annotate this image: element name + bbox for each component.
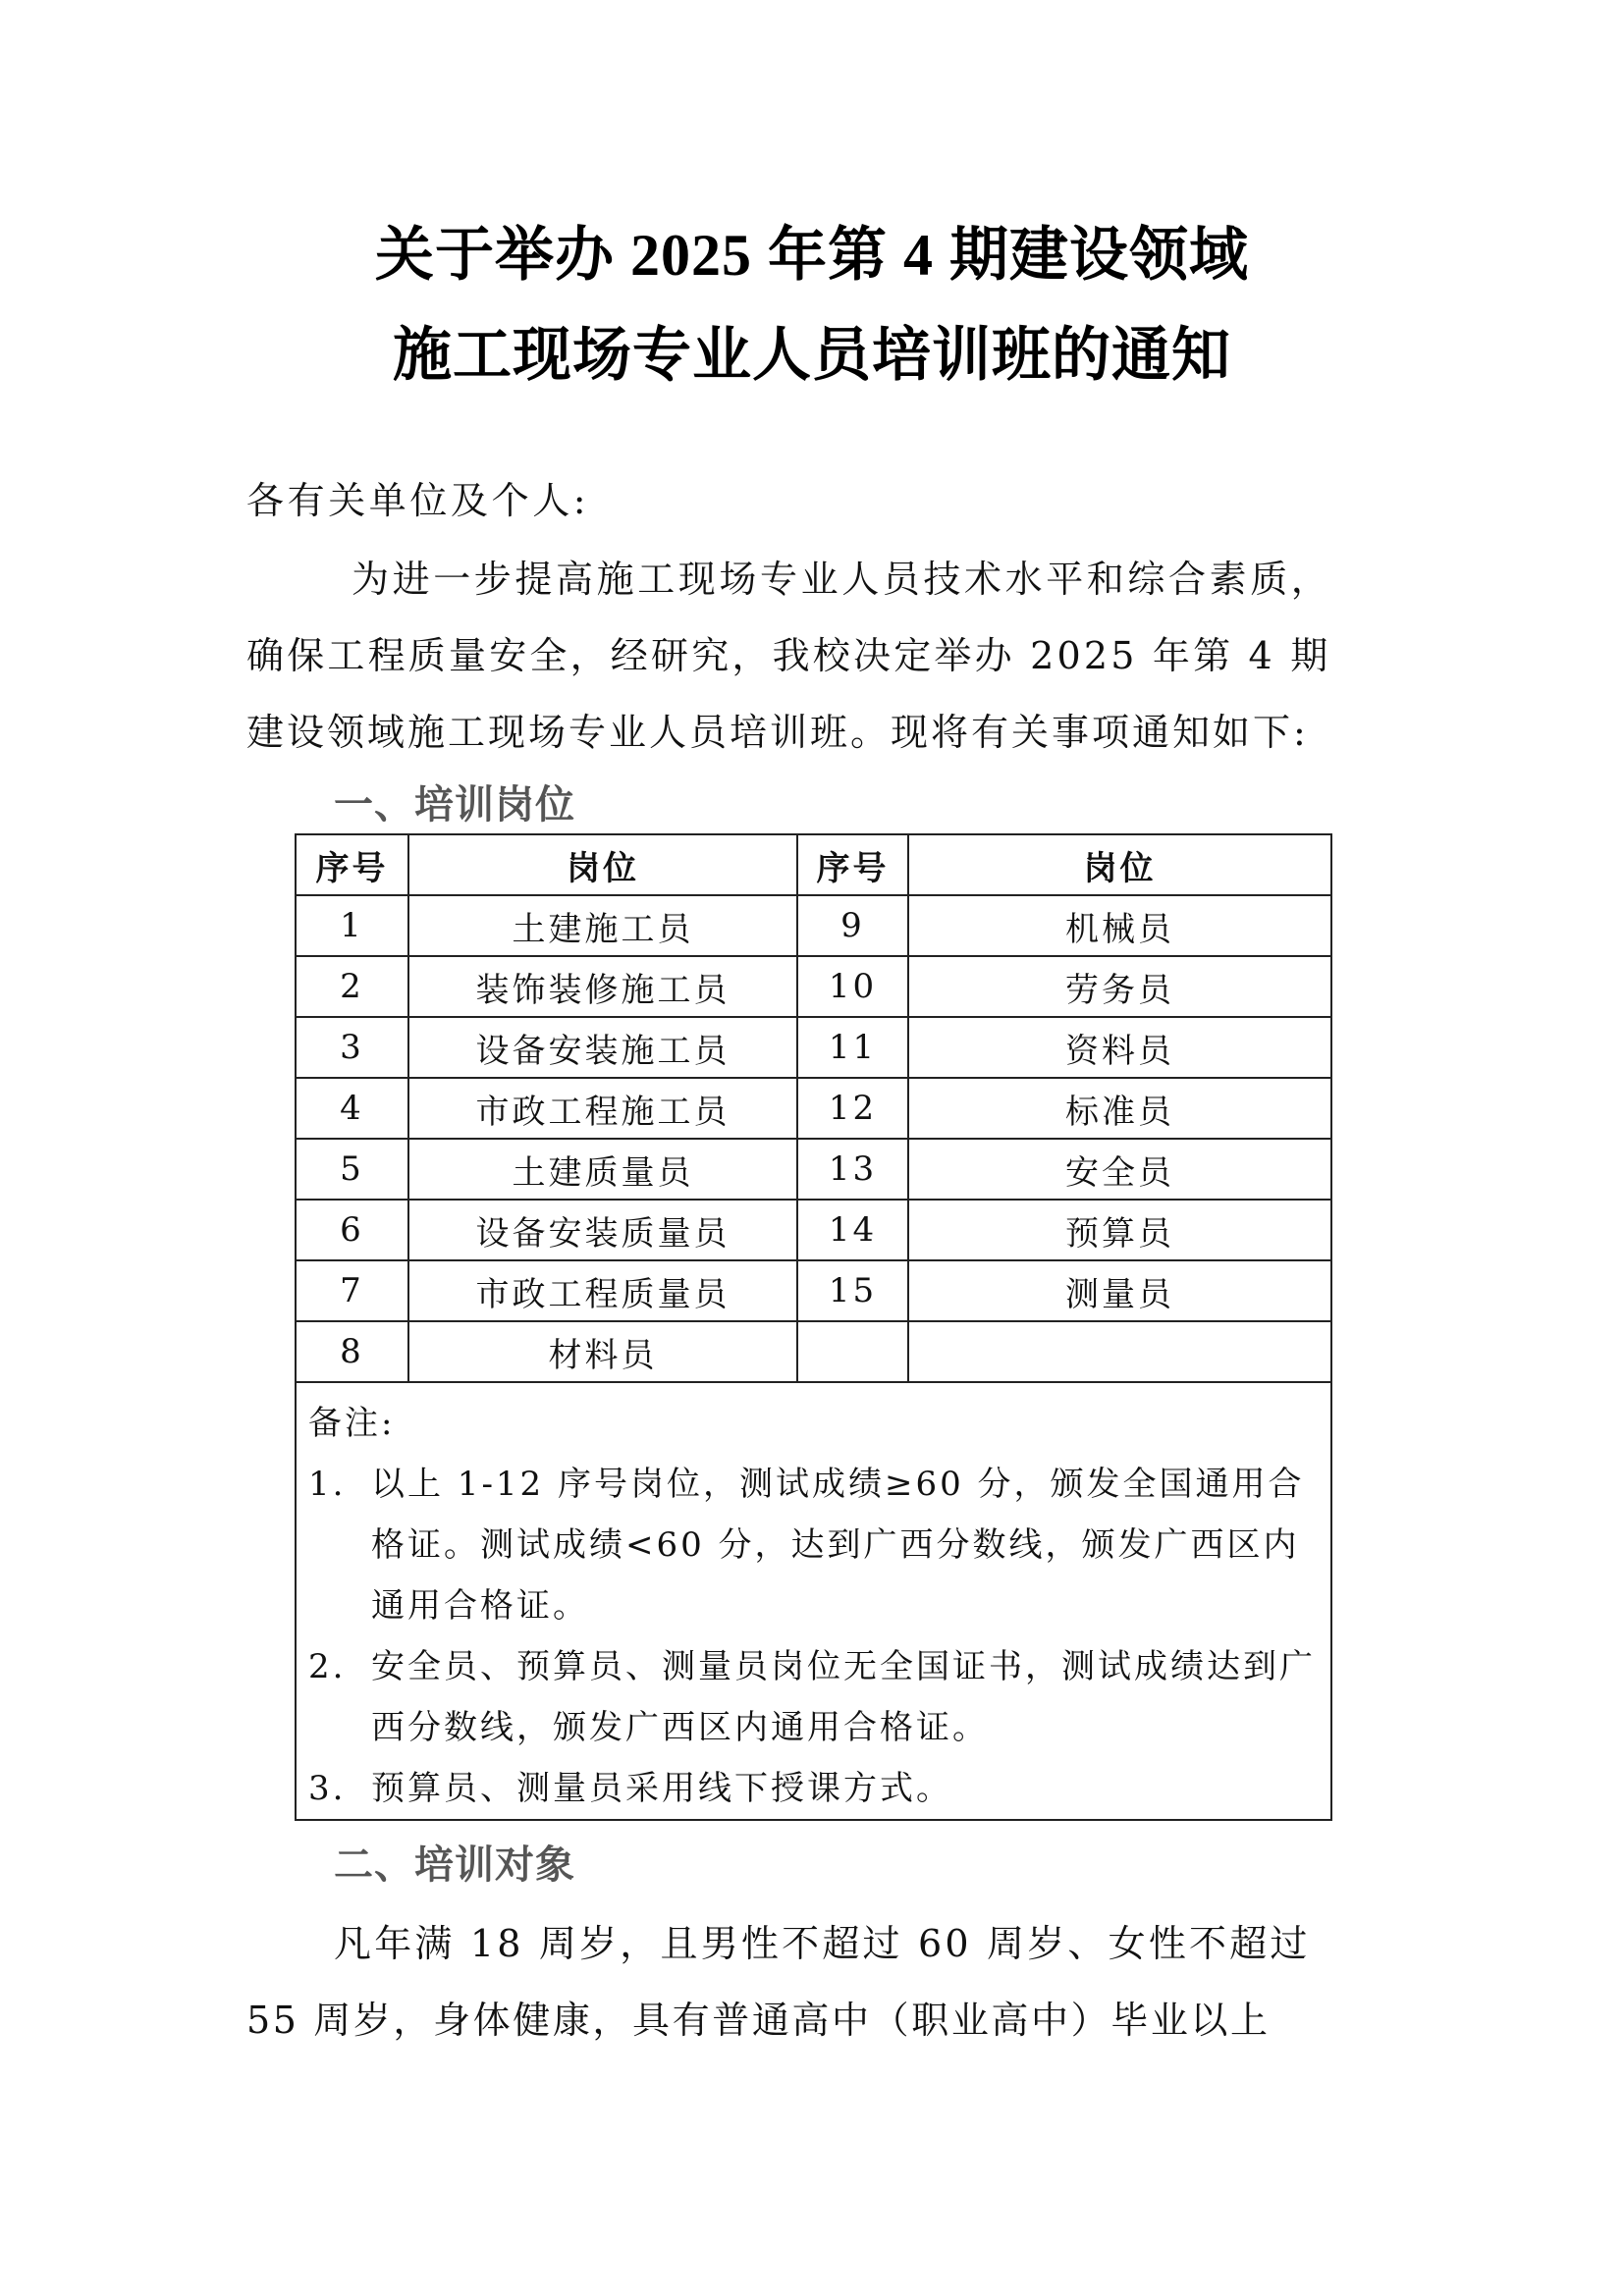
note-item-1: 1. 以上 1-12 序号岗位，测试成绩≥60 分，颁发全国通用合格证。测试成绩… — [308, 1454, 1330, 1636]
header-position-2: 岗位 — [908, 834, 1331, 895]
cell-position: 劳务员 — [908, 956, 1331, 1017]
cell-seq: 5 — [296, 1139, 408, 1200]
note-item-2: 2. 安全员、预算员、测量员岗位无全国证书，测试成绩达到广西分数线，颁发广西区内… — [308, 1636, 1330, 1758]
intro-line-2: 确保工程质量安全，经研究，我校决定举办 2025 年第 4 期 — [246, 632, 1330, 679]
cell-seq: 13 — [797, 1139, 908, 1200]
cell-seq: 11 — [797, 1017, 908, 1078]
cell-position: 安全员 — [908, 1139, 1331, 1200]
cell-position: 测量员 — [908, 1260, 1331, 1321]
note-number: 2. — [308, 1636, 346, 1697]
cell-seq: 8 — [296, 1321, 408, 1382]
cell-seq: 14 — [797, 1200, 908, 1260]
cell-position — [908, 1321, 1331, 1382]
note-text: 安全员、预算员、测量员岗位无全国证书，测试成绩达到广西分数线，颁发广西区内通用合… — [371, 1647, 1316, 1747]
targets-line-2: 55 周岁，身体健康，具有普通高中（职业高中）毕业以上 — [246, 1997, 1271, 2044]
header-position-1: 岗位 — [408, 834, 797, 895]
salutation: 各有关单位及个人: — [246, 477, 589, 524]
table-row: 2 装饰装修施工员 10 劳务员 — [296, 956, 1331, 1017]
table-row: 7 市政工程质量员 15 测量员 — [296, 1260, 1331, 1321]
cell-position: 预算员 — [908, 1200, 1331, 1260]
cell-position: 材料员 — [408, 1321, 797, 1382]
intro-line-1: 为进一步提高施工现场专业人员技术水平和综合素质， — [352, 556, 1331, 603]
targets-line-1: 凡年满 18 周岁，且男性不超过 60 周岁、女性不超过 — [334, 1920, 1311, 1967]
cell-seq — [797, 1321, 908, 1382]
table-notes-row: 备注: 1. 以上 1-12 序号岗位，测试成绩≥60 分，颁发全国通用合格证。… — [296, 1382, 1331, 1820]
note-item-3: 3. 预算员、测量员采用线下授课方式。 — [308, 1758, 1330, 1819]
header-seq-2: 序号 — [797, 834, 908, 895]
cell-seq: 1 — [296, 895, 408, 956]
section-heading-training-targets: 二、培训对象 — [334, 1842, 575, 1889]
cell-position: 标准员 — [908, 1078, 1331, 1139]
cell-position: 装饰装修施工员 — [408, 956, 797, 1017]
note-text: 以上 1-12 序号岗位，测试成绩≥60 分，颁发全国通用合格证。测试成绩<60… — [371, 1465, 1305, 1626]
table-notes-cell: 备注: 1. 以上 1-12 序号岗位，测试成绩≥60 分，颁发全国通用合格证。… — [296, 1382, 1331, 1820]
cell-position: 设备安装施工员 — [408, 1017, 797, 1078]
cell-seq: 2 — [296, 956, 408, 1017]
table-header-row: 序号 岗位 序号 岗位 — [296, 834, 1331, 895]
cell-seq: 3 — [296, 1017, 408, 1078]
note-number: 3. — [308, 1758, 346, 1819]
cell-seq: 9 — [797, 895, 908, 956]
cell-seq: 6 — [296, 1200, 408, 1260]
cell-seq: 12 — [797, 1078, 908, 1139]
document-title-line-1: 关于举办 2025 年第 4 期建设领域 — [0, 220, 1624, 291]
header-seq-1: 序号 — [296, 834, 408, 895]
note-number: 1. — [308, 1454, 346, 1515]
section-heading-training-positions: 一、培训岗位 — [334, 781, 575, 828]
cell-position: 土建质量员 — [408, 1139, 797, 1200]
notes-title: 备注: — [308, 1393, 1330, 1454]
cell-position: 资料员 — [908, 1017, 1331, 1078]
cell-seq: 10 — [797, 956, 908, 1017]
intro-line-3: 建设领域施工现场专业人员培训班。现将有关事项通知如下: — [246, 709, 1309, 756]
table-row: 8 材料员 — [296, 1321, 1331, 1382]
cell-seq: 4 — [296, 1078, 408, 1139]
document-title-line-2: 施工现场专业人员培训班的通知 — [0, 320, 1624, 391]
document-page: 关于举办 2025 年第 4 期建设领域 施工现场专业人员培训班的通知 各有关单… — [0, 0, 1624, 2296]
cell-position: 市政工程施工员 — [408, 1078, 797, 1139]
note-text: 预算员、测量员采用线下授课方式。 — [371, 1769, 952, 1808]
cell-seq: 15 — [797, 1260, 908, 1321]
cell-seq: 7 — [296, 1260, 408, 1321]
table-row: 5 土建质量员 13 安全员 — [296, 1139, 1331, 1200]
cell-position: 机械员 — [908, 895, 1331, 956]
table-row: 1 土建施工员 9 机械员 — [296, 895, 1331, 956]
cell-position: 市政工程质量员 — [408, 1260, 797, 1321]
training-positions-table: 序号 岗位 序号 岗位 1 土建施工员 9 机械员 2 装饰装修施工员 10 劳… — [295, 833, 1332, 1821]
table-row: 3 设备安装施工员 11 资料员 — [296, 1017, 1331, 1078]
cell-position: 土建施工员 — [408, 895, 797, 956]
table-row: 4 市政工程施工员 12 标准员 — [296, 1078, 1331, 1139]
cell-position: 设备安装质量员 — [408, 1200, 797, 1260]
table-row: 6 设备安装质量员 14 预算员 — [296, 1200, 1331, 1260]
